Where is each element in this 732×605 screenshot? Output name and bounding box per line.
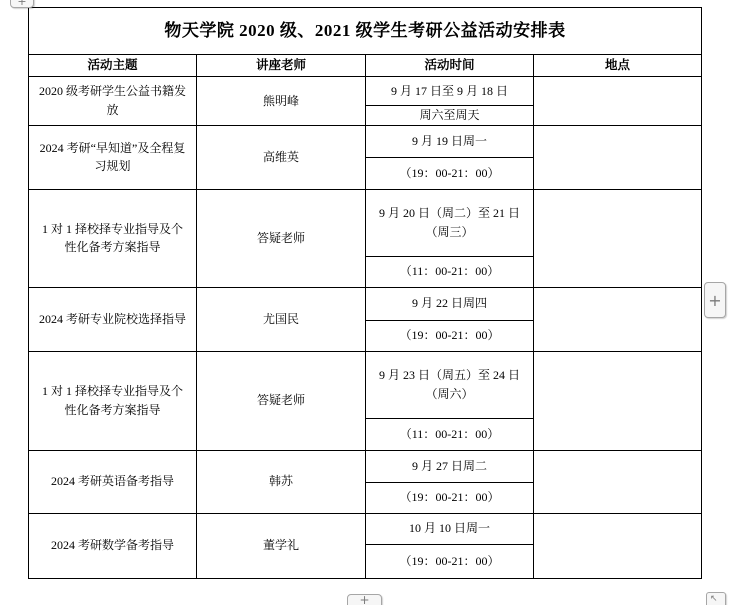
time-detail-cell: （11：00-21：00） [366, 256, 534, 287]
theme-cell: 2024 考研英语备考指导 [29, 450, 197, 513]
time-date-cell: 9 月 23 日（周五）至 24 日（周六） [366, 351, 534, 418]
teacher-cell: 熊明峰 [197, 77, 366, 126]
plus-icon: + [17, 0, 26, 8]
time-detail-cell: （19：00-21：00） [366, 482, 534, 513]
theme-cell: 2024 考研数学备考指导 [29, 513, 197, 578]
table-title: 物天学院 2020 级、2021 级学生考研公益活动安排表 [29, 8, 702, 55]
location-cell [534, 189, 702, 287]
time-date-cell: 10 月 10 日周一 [366, 513, 534, 544]
column-header-location: 地点 [534, 55, 702, 77]
diagonal-arrow-icon: ↖ [710, 594, 718, 604]
expand-bottom-button[interactable]: + [347, 594, 382, 605]
time-date-cell: 9 月 22 日周四 [366, 287, 534, 320]
column-header-time: 活动时间 [366, 55, 534, 77]
document-page: { "table": { "title": "物天学院 2020 级、2021 … [0, 0, 732, 605]
expand-top-button[interactable]: + [10, 0, 34, 8]
teacher-cell: 尤国民 [197, 287, 366, 351]
time-detail-cell: （19：00-21：00） [366, 157, 534, 189]
teacher-cell: 韩苏 [197, 450, 366, 513]
location-cell [534, 513, 702, 578]
location-cell [534, 287, 702, 351]
theme-cell: 2020 级考研学生公益书籍发放 [29, 77, 197, 126]
time-date-cell: 9 月 27 日周二 [366, 450, 534, 482]
expand-right-button[interactable]: + [704, 282, 726, 318]
plus-icon: + [359, 595, 369, 605]
teacher-cell: 董学礼 [197, 513, 366, 578]
time-detail-cell: 周六至周天 [366, 106, 534, 126]
plus-icon: + [708, 291, 721, 310]
time-date-cell: 9 月 17 日至 9 月 18 日 [366, 77, 534, 106]
column-header-teacher: 讲座老师 [197, 55, 366, 77]
column-header-theme: 活动主题 [29, 55, 197, 77]
theme-cell: 2024 考研“早知道”及全程复习规划 [29, 125, 197, 189]
teacher-cell: 答疑老师 [197, 189, 366, 287]
time-date-cell: 9 月 19 日周一 [366, 125, 534, 157]
time-date-cell: 9 月 20 日（周二）至 21 日（周三） [366, 189, 534, 256]
time-detail-cell: （19：00-21：00） [366, 320, 534, 351]
location-cell [534, 77, 702, 126]
location-cell [534, 351, 702, 450]
resize-corner-button[interactable]: ↖ [706, 592, 726, 605]
time-detail-cell: （11：00-21：00） [366, 418, 534, 450]
theme-cell: 1 对 1 择校择专业指导及个性化备考方案指导 [29, 351, 197, 450]
teacher-cell: 高维英 [197, 125, 366, 189]
theme-cell: 2024 考研专业院校选择指导 [29, 287, 197, 351]
activity-schedule-table: 物天学院 2020 级、2021 级学生考研公益活动安排表 活动主题 讲座老师 … [28, 7, 702, 579]
theme-cell: 1 对 1 择校择专业指导及个性化备考方案指导 [29, 189, 197, 287]
location-cell [534, 450, 702, 513]
time-detail-cell: （19：00-21：00） [366, 544, 534, 578]
location-cell [534, 125, 702, 189]
teacher-cell: 答疑老师 [197, 351, 366, 450]
